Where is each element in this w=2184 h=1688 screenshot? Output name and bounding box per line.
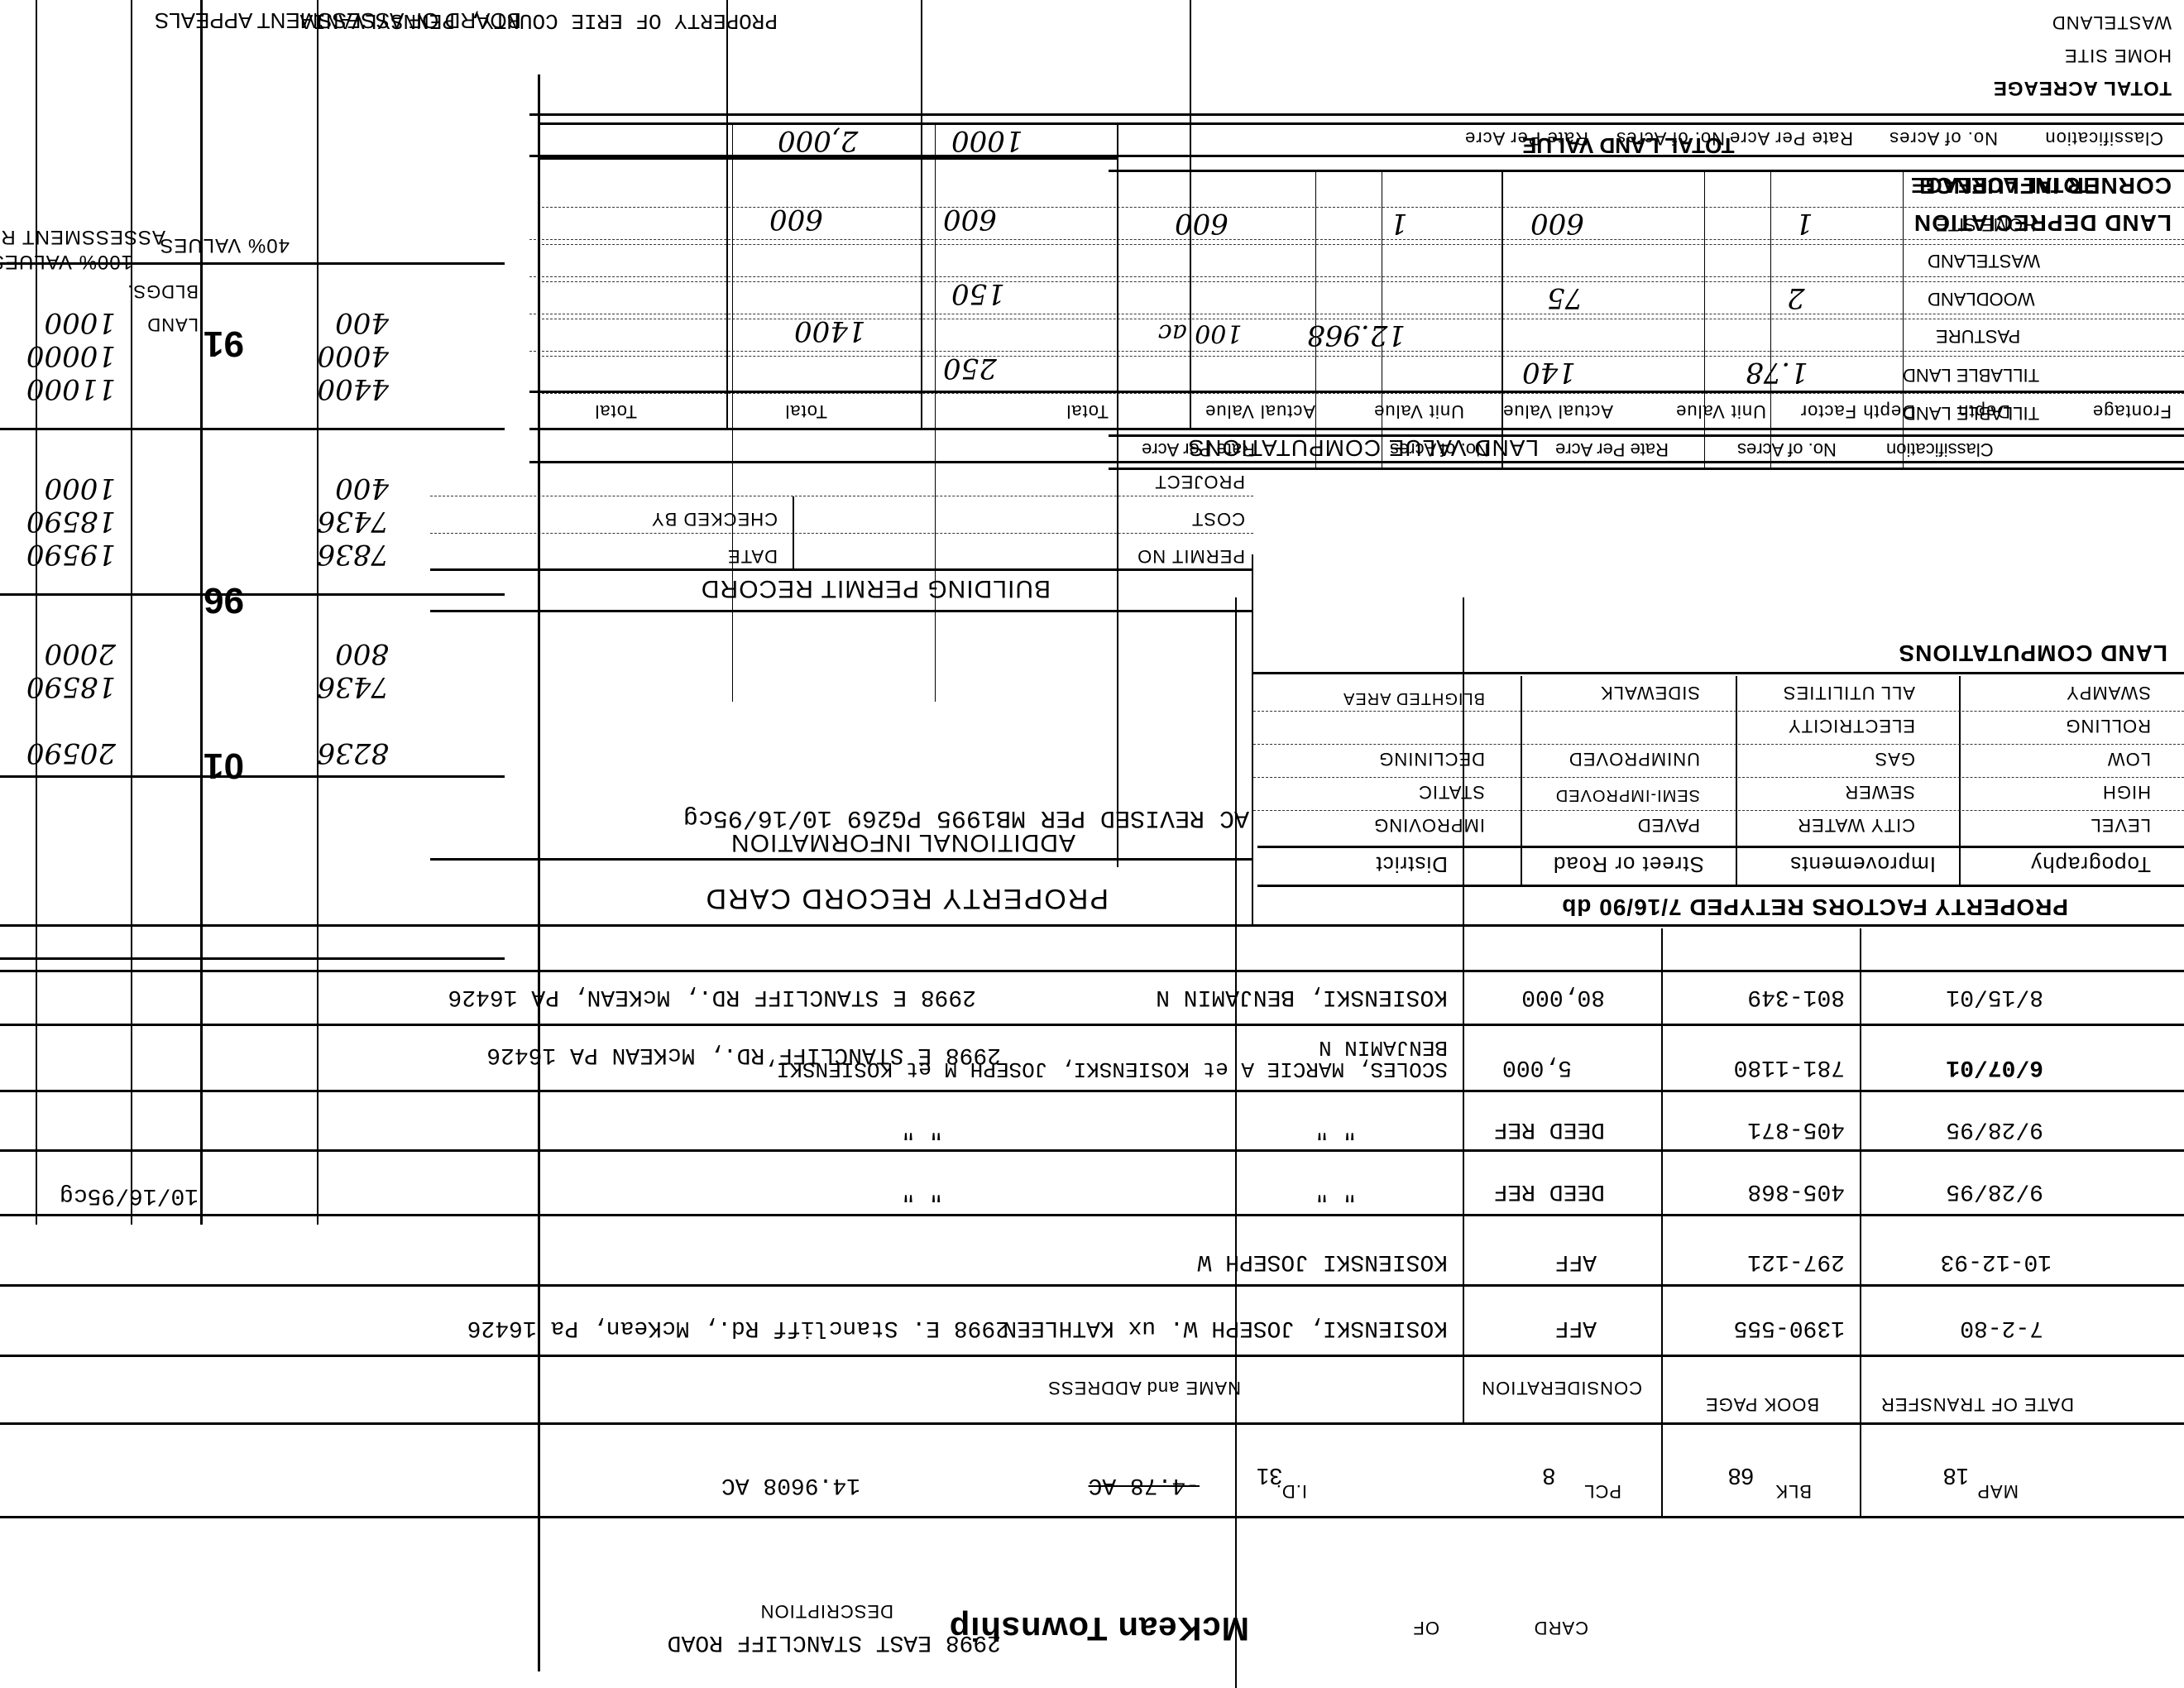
rule [529, 428, 2184, 430]
transfer-consideration: AFF [1555, 1315, 1597, 1340]
transfer-book-page: 405-868 [1747, 1178, 1845, 1204]
project-label: PROJECT [1154, 471, 1245, 492]
rule [0, 1024, 2184, 1026]
land-depreciation-label: LAND DEPRECIATION [1913, 209, 2172, 236]
divider [200, 0, 203, 1225]
checkbox-sewer[interactable]: SEWER [1844, 781, 1915, 803]
of-label: OF [1412, 1617, 1439, 1638]
rule [0, 428, 505, 430]
checkbox-blighted-area[interactable]: BLIGHTED AREA [1343, 688, 1485, 707]
checkbox-city-water[interactable]: CITY WATER [1797, 814, 1915, 836]
col-acres-1: No. of Acres [1889, 127, 1998, 149]
checkbox-rolling[interactable]: ROLLING [2065, 715, 2151, 736]
col-actual-value: Actual Value [1502, 400, 1613, 422]
checked-by-label: CHECKED BY [651, 508, 778, 530]
rule [0, 1090, 505, 1092]
transfer-note: 10/16/95cg [60, 1182, 199, 1208]
rule [430, 858, 1253, 861]
pcl-value: 8 [1542, 1463, 1555, 1489]
checkbox-gas[interactable]: GAS [1875, 748, 1915, 770]
transfer-date: 6/07/01 [1946, 1054, 2043, 1080]
transfer-address: " " [902, 1178, 943, 1204]
col-total-3: Total [595, 400, 637, 422]
col-rate-1: Rate Per Acre [1729, 127, 1853, 149]
col-district: District [1376, 851, 1448, 877]
col-depth: Depth [1957, 400, 2010, 422]
permit-record-title: BUILDING PERMIT RECORD [701, 574, 1051, 602]
land-40-value: 800 [335, 637, 389, 670]
rule [1257, 885, 2184, 887]
permit-date-label: DATE [727, 545, 778, 567]
rule [529, 391, 2184, 393]
rule [0, 1422, 2184, 1425]
transfer-name: " " [1315, 1116, 1357, 1142]
divider [1860, 928, 1861, 1425]
rule [529, 276, 2184, 277]
rule [1257, 846, 2184, 848]
col-topography: Topography [2030, 851, 2151, 877]
divider [1190, 0, 1191, 430]
map-value: 18 [1943, 1463, 1969, 1489]
rule [1253, 744, 2184, 745]
th-book-page: BOOK PAGE [1688, 1393, 1837, 1415]
checkbox-high[interactable]: HIGH [2102, 781, 2151, 803]
land-100-value: 1000 [44, 472, 116, 505]
rule [1253, 672, 2184, 674]
year-stamp: 01 [204, 745, 244, 786]
cost-label: COST [1191, 508, 1245, 530]
transfer-consideration: 5,000 [1502, 1054, 1572, 1080]
total-40-value: 4400 [317, 372, 389, 405]
year-stamp: 96 [204, 579, 244, 621]
col-total-1: Total [1066, 400, 1109, 422]
checkbox-level[interactable]: LEVEL [2091, 814, 2152, 836]
rule [1253, 810, 2184, 811]
map-label: MAP [1976, 1480, 2019, 1502]
checkbox-swampy[interactable]: SWAMPY [2066, 682, 2151, 703]
transfer-book-page: 781-1180 [1734, 1054, 1845, 1080]
header-divider [1235, 1407, 1237, 1688]
th-date: DATE OF TRANSFER [1878, 1393, 2076, 1415]
col-total-2: Total [785, 400, 827, 422]
total-100-value: 19590 [26, 538, 116, 571]
transfer-address: 2998 E STANCLIFF RD., McKEAN, PA 16426 [448, 984, 976, 1009]
acreage-value: 14.9608 AC [721, 1472, 860, 1498]
th-name-address: NAME and ADDRESS [1047, 1377, 1241, 1398]
transfer-consideration: DEED REF [1494, 1178, 1605, 1204]
total-100-value: 20590 [26, 736, 116, 770]
property-factors-title: PROPERTY FACTORS RETYPED 7/16/90 db [1561, 894, 2068, 920]
additional-info-title: ADDITIONAL INFORMATION [730, 828, 1075, 856]
rule [1253, 777, 2184, 778]
bldgs-100-value: 10000 [26, 339, 116, 372]
rule [529, 155, 2184, 157]
board-title: BOARD OF ASSESSMENT APPEALS [155, 7, 521, 33]
row-label-land: LAND [146, 314, 199, 335]
rule [0, 924, 2184, 927]
bldgs-40-value: 7436 [317, 670, 389, 703]
checkbox-unimproved[interactable]: UNIMPROVED [1569, 748, 1700, 770]
col-frontage: Frontage [2092, 400, 2172, 422]
acreage-struck: -4.78 AC [1089, 1472, 1200, 1498]
transfer-book-page: 405-871 [1747, 1116, 1845, 1142]
assessment-record-title: ASSESSMENT RECORD [0, 225, 165, 248]
total-100-value: 11000 [26, 372, 116, 405]
divider [36, 0, 37, 1225]
col-improvements: Improvements [1789, 851, 1936, 877]
checkbox-low[interactable]: LOW [2107, 748, 2151, 770]
rule [430, 568, 1253, 571]
divider [793, 496, 794, 571]
property-record-card: CARD OF McKean Township 2998 EAST STANCL… [0, 0, 2184, 1688]
col-street: Street or Road [1553, 851, 1704, 877]
card-label: CARD [1534, 1617, 1588, 1638]
additional-info-text: AC REVISED PER MB1995 PG269 10/16/95cg [683, 803, 1249, 832]
rule [1253, 711, 2184, 712]
rule [0, 1516, 2184, 1518]
land-computations-title: LAND COMPUTATIONS [1899, 640, 2168, 666]
description-label: DESCRIPTION [760, 1600, 893, 1622]
divider [1959, 676, 1961, 887]
transfer-book-page: 1390-555 [1734, 1315, 1845, 1340]
divider [131, 0, 132, 1225]
land-100-value: 2000 [44, 637, 116, 670]
rule [430, 496, 1253, 496]
divider [1521, 676, 1522, 887]
permit-no-label: PERMIT NO [1137, 545, 1245, 567]
checkbox-paved[interactable]: PAVED [1637, 814, 1700, 836]
rule [430, 533, 1253, 534]
transfer-date: 10-12-93 [1941, 1249, 2052, 1274]
transfer-consideration: 80,000 [1521, 984, 1605, 1009]
transfer-name: KOSIENSKI, BENJAMIN N [1156, 984, 1448, 1009]
transfer-consideration: DEED REF [1494, 1116, 1605, 1142]
rule [529, 113, 2184, 116]
blk-value: 68 [1728, 1463, 1754, 1489]
rule [0, 1149, 2184, 1152]
rule [0, 1355, 2184, 1357]
transfer-date: 9/28/95 [1946, 1116, 2043, 1142]
divider [921, 0, 922, 430]
id-value: 31 [1257, 1463, 1282, 1489]
col-acres-2: No. of Acres [1616, 127, 1725, 149]
bldgs-40-value: 7436 [317, 505, 389, 538]
checkbox-declining[interactable]: DECLINING [1378, 748, 1485, 770]
rule [0, 1214, 2184, 1216]
th-consideration: CONSIDERATION [1481, 1377, 1642, 1398]
col-40-values: 40% VALUES [159, 233, 290, 257]
rule [0, 593, 505, 596]
rule [0, 262, 505, 265]
land-value-computations-title: LAND VALUE COMPUTATIONS [1188, 434, 1539, 461]
transfer-book-page: 801-349 [1747, 984, 1845, 1009]
record-card-title: PROPERTY RECORD CARD [705, 882, 1109, 914]
land-40-value: 400 [335, 472, 389, 505]
divider [1661, 928, 1663, 1425]
year-stamp: 91 [204, 323, 244, 364]
checkbox-sidewalk[interactable]: SIDEWALK [1600, 682, 1700, 703]
col-100-values: 100% VALUES [0, 250, 132, 273]
transfer-consideration: AFF [1555, 1249, 1597, 1274]
transfer-date: 7-2-80 [1960, 1315, 2043, 1340]
land-40-value: 400 [335, 306, 389, 339]
pcl-label: PCL [1583, 1480, 1621, 1502]
col-unit-value-2: Unit Value [1373, 400, 1464, 422]
transfer-address: 2998 E STANCLIFF RD., McKEAN PA 16426 [486, 1042, 1001, 1067]
divider [317, 0, 318, 1225]
transfer-date: 8/15/01 [1946, 984, 2043, 1009]
rule [0, 970, 2184, 972]
col-unit-value: Unit Value [1675, 400, 1766, 422]
divider [1736, 676, 1737, 887]
row-label-bldgs: BLDGS. [127, 281, 199, 302]
rule [529, 314, 2184, 314]
total-40-value: 7836 [317, 538, 389, 571]
transfer-address: 2998 E. Stancliff Rd., McKean, Pa 16426 [467, 1315, 1009, 1340]
corner-influence-label: CORNER INFLUENCE [1919, 172, 2172, 199]
total-40-value: 8236 [317, 736, 389, 770]
checkbox-electricity[interactable]: ELECTRICITY [1788, 715, 1915, 736]
rule [430, 610, 1253, 612]
bldgs-100-value: 18590 [26, 505, 116, 538]
transfer-address: " " [902, 1116, 943, 1142]
rule [0, 1284, 2184, 1287]
checkbox-improving[interactable]: IMPROVING [1373, 814, 1485, 836]
rule [0, 957, 505, 960]
bldgs-100-value: 18590 [26, 670, 116, 703]
rule [529, 461, 2184, 463]
description-value: 2998 EAST STANCLIFF ROAD [668, 1629, 1001, 1655]
blk-label: BLK [1774, 1480, 1812, 1502]
checkbox-static[interactable]: STATIC [1418, 781, 1485, 803]
transfer-name: KOSIENSKI, JOSEPH W. ux KATHLEEN [1003, 1315, 1448, 1340]
col-classification: Classification [2044, 127, 2163, 149]
transfer-date: 9/28/95 [1946, 1178, 2043, 1204]
divider [726, 0, 728, 430]
checkbox-all-utilities[interactable]: ALL UTILITIES [1783, 682, 1915, 703]
col-depth-factor: Depth Factor [1800, 400, 1915, 422]
checkbox-semi-improved[interactable]: SEMI-IMPROVED [1555, 785, 1700, 804]
transfer-book-page: 297-121 [1747, 1249, 1845, 1274]
land-100-value: 1000 [44, 306, 116, 339]
col-rate-2: Rate Per Acre [1464, 127, 1588, 149]
rule [529, 239, 2184, 240]
rule [0, 775, 505, 778]
transfer-name: KOSIENSKI JOSEPH W [1198, 1249, 1448, 1274]
rule [529, 351, 2184, 352]
divider [1463, 597, 1464, 1425]
col-actual-value-2: Actual Value [1205, 400, 1315, 422]
transfer-name: " " [1315, 1178, 1357, 1204]
divider [1235, 597, 1237, 1425]
bldgs-40-value: 4000 [317, 339, 389, 372]
